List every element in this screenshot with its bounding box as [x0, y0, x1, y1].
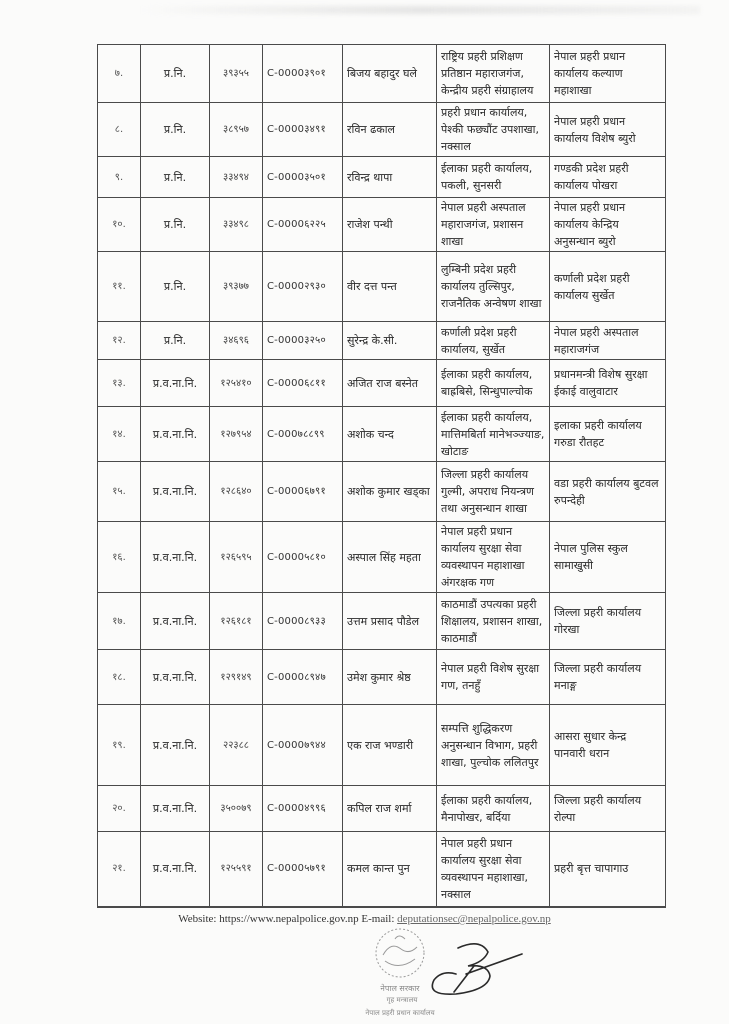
serial-cell: १७. [98, 593, 141, 650]
new-office-cell: गण्डकी प्रदेश प्रहरी कार्यालय पोखरा [550, 157, 666, 198]
table-row: १६.प्र.व.ना.नि.१२६५९५C-0000५८१०अस्पाल सि… [98, 522, 666, 593]
current-office-cell: सम्पत्ति शुद्धिकरण अनुसन्धान विभाग, प्रह… [437, 705, 550, 786]
police-id-cell: ३५००७९ [210, 786, 263, 832]
svg-text:नेपाल प्रहरी प्रधान कार्यालय: नेपाल प्रहरी प्रधान कार्यालय [365, 1008, 435, 1017]
rank-cell: प्र.व.ना.नि. [141, 832, 210, 907]
name-cell: राजेश पन्थी [343, 198, 437, 252]
name-cell: एक राज भण्डारी [343, 705, 437, 786]
current-office-cell: ईलाका प्रहरी कार्यालय, मैनापोखर, बर्दिया [437, 786, 550, 832]
table-row: २०.प्र.व.ना.नि.३५००७९C-0000४९९६कपिल राज … [98, 786, 666, 832]
code-cell: C-0000५७९१ [263, 832, 343, 907]
table-row: २१.प्र.व.ना.नि.१२५५९१C-0000५७९१कमल कान्त… [98, 832, 666, 907]
rank-cell: प्र.व.ना.नि. [141, 360, 210, 407]
name-cell: उमेश कुमार श्रेष्ठ [343, 650, 437, 705]
svg-text:गृह मन्त्रालय: गृह मन्त्रालय [387, 996, 419, 1004]
rank-cell: प्र.व.ना.नि. [141, 786, 210, 832]
table-row: १५.प्र.व.ना.नि.१२८६४०C-0000६७९१अशोक कुमा… [98, 462, 666, 522]
table-row: १४.प्र.व.ना.नि.१२७९५४C-000७८८९९अशोक चन्द… [98, 407, 666, 462]
rank-cell: प्र.नि. [141, 45, 210, 103]
current-office-cell: ईलाका प्रहरी कार्यालय, पकली, सुनसरी [437, 157, 550, 198]
police-id-cell: ३९३५५ [210, 45, 263, 103]
new-office-cell: नेपाल प्रहरी प्रधान कार्यालय केन्द्रिय अ… [550, 198, 666, 252]
new-office-cell: जिल्ला प्रहरी कार्यालय गोरखा [550, 593, 666, 650]
name-cell: सुरेन्द्र के.सी. [343, 322, 437, 360]
current-office-cell: कर्णाली प्रदेश प्रहरी कार्यालय, सुर्खेत [437, 322, 550, 360]
name-cell: अजित राज बस्नेत [343, 360, 437, 407]
serial-cell: १८. [98, 650, 141, 705]
rank-cell: प्र.नि. [141, 322, 210, 360]
new-office-cell: नेपाल प्रहरी अस्पताल महाराजगंज [550, 322, 666, 360]
current-office-cell: काठमाडौं उपत्यका प्रहरी शिक्षालय, प्रशास… [437, 593, 550, 650]
serial-cell: १२. [98, 322, 141, 360]
code-cell: C-0000३५०१ [263, 157, 343, 198]
current-office-cell: नेपाल प्रहरी प्रधान कार्यालय सुरक्षा सेव… [437, 832, 550, 907]
code-cell: C-0000८९४७ [263, 650, 343, 705]
police-id-cell: ३८९५७ [210, 103, 263, 157]
current-office-cell: ईलाका प्रहरी कार्यालय, बाह्रबिसे, सिन्धु… [437, 360, 550, 407]
svg-text:नेपाल सरकार: नेपाल सरकार [380, 983, 420, 993]
rank-cell: प्र.व.ना.नि. [141, 522, 210, 593]
current-office-cell: नेपाल प्रहरी विशेष सुरक्षा गण, तनहुँ [437, 650, 550, 705]
code-cell: C-0000३४९१ [263, 103, 343, 157]
serial-cell: ७. [98, 45, 141, 103]
signature-icon [418, 940, 528, 1000]
police-id-cell: १२५५९१ [210, 832, 263, 907]
new-office-cell: नेपाल प्रहरी प्रधान कार्यालय विशेष ब्युर… [550, 103, 666, 157]
rank-cell: प्र.व.ना.नि. [141, 462, 210, 522]
new-office-cell: जिल्ला प्रहरी कार्यालय रोल्पा [550, 786, 666, 832]
email-link[interactable]: deputationsec@nepalpolice.gov.np [397, 913, 551, 925]
police-id-cell: ३४६९६ [210, 322, 263, 360]
transfer-roster-table: ७.प्र.नि.३९३५५C-0000३९०१बिजय बहादुर घलेर… [97, 44, 666, 908]
table-row: १२.प्र.नि.३४६९६C-0000३२५०सुरेन्द्र के.सी… [98, 322, 666, 360]
rank-cell: प्र.व.ना.नि. [141, 705, 210, 786]
serial-cell: १९. [98, 705, 141, 786]
new-office-cell: वडा प्रहरी कार्यालय बुटवल रुपन्देही [550, 462, 666, 522]
table-row: १९.प्र.व.ना.नि.२२३८८C-0000७९४४एक राज भण्… [98, 705, 666, 786]
current-office-cell: प्रहरी प्रधान कार्यालय, पेश्की फछ्यौंट उ… [437, 103, 550, 157]
police-id-cell: १२६५९५ [210, 522, 263, 593]
current-office-cell: ईलाका प्रहरी कार्यालय, मात्तिमबिर्ता मान… [437, 407, 550, 462]
new-office-cell: आसरा सुधार केन्द्र पानवारी धरान [550, 705, 666, 786]
serial-cell: ८. [98, 103, 141, 157]
table-row: ११.प्र.नि.३९३७७C-0000२९३०वीर दत्त पन्तलु… [98, 252, 666, 322]
table-row: १८.प्र.व.ना.नि.१२९१४९C-0000८९४७उमेश कुमा… [98, 650, 666, 705]
name-cell: वीर दत्त पन्त [343, 252, 437, 322]
table-row: ७.प्र.नि.३९३५५C-0000३९०१बिजय बहादुर घलेर… [98, 45, 666, 103]
code-cell: C-0000६८११ [263, 360, 343, 407]
new-office-cell: नेपाल प्रहरी प्रधान कार्यालय कल्याण महाश… [550, 45, 666, 103]
email-label: E-mail: [361, 913, 394, 925]
code-cell: C-000७८८९९ [263, 407, 343, 462]
code-cell: C-0000३२५० [263, 322, 343, 360]
current-office-cell: लुम्बिनी प्रदेश प्रहरी कार्यालय तुल्सिपु… [437, 252, 550, 322]
current-office-cell: नेपाल प्रहरी अस्पताल महाराजगंज, प्रशासन … [437, 198, 550, 252]
rank-cell: प्र.व.ना.नि. [141, 650, 210, 705]
police-id-cell: २२३८८ [210, 705, 263, 786]
police-id-cell: १२९१४९ [210, 650, 263, 705]
police-id-cell: १२७९५४ [210, 407, 263, 462]
code-cell: C-0000४९९६ [263, 786, 343, 832]
rank-cell: प्र.नि. [141, 103, 210, 157]
page-footer: Website: https://www.nepalpolice.gov.np … [0, 913, 729, 925]
website-text: Website: https://www.nepalpolice.gov.np [178, 913, 358, 925]
serial-cell: १४. [98, 407, 141, 462]
serial-cell: १०. [98, 198, 141, 252]
code-cell: C-0000३९०१ [263, 45, 343, 103]
name-cell: अस्पाल सिंह महता [343, 522, 437, 593]
police-id-cell: ३३४९८ [210, 198, 263, 252]
table-row: १०.प्र.नि.३३४९८C-0000६२२५राजेश पन्थीनेपा… [98, 198, 666, 252]
police-id-cell: १२८६४० [210, 462, 263, 522]
code-cell: C-0000८९३३ [263, 593, 343, 650]
name-cell: अशोक कुमार खड्का [343, 462, 437, 522]
name-cell: कमल कान्त पुन [343, 832, 437, 907]
table-row: १३.प्र.व.ना.नि.१२५४१०C-0000६८११अजित राज … [98, 360, 666, 407]
code-cell: C-0000२९३० [263, 252, 343, 322]
name-cell: अशोक चन्द [343, 407, 437, 462]
police-id-cell: १२६१८१ [210, 593, 263, 650]
new-office-cell: कर्णाली प्रदेश प्रहरी कार्यालय सुर्खेत [550, 252, 666, 322]
police-id-cell: ३९३७७ [210, 252, 263, 322]
rank-cell: प्र.व.ना.नि. [141, 407, 210, 462]
current-office-cell: राष्ट्रिय प्रहरी प्रशिक्षण प्रतिष्ठान मह… [437, 45, 550, 103]
police-id-cell: १२५४१० [210, 360, 263, 407]
table-row: ८.प्र.नि.३८९५७C-0000३४९१रविन ढकालप्रहरी … [98, 103, 666, 157]
serial-cell: २१. [98, 832, 141, 907]
table-row: १७.प्र.व.ना.नि.१२६१८१C-0000८९३३उत्तम प्र… [98, 593, 666, 650]
police-id-cell: ३३४९४ [210, 157, 263, 198]
name-cell: रविन ढकाल [343, 103, 437, 157]
serial-cell: १५. [98, 462, 141, 522]
code-cell: C-0000५८१० [263, 522, 343, 593]
code-cell: C-0000६२२५ [263, 198, 343, 252]
rank-cell: प्र.नि. [141, 252, 210, 322]
new-office-cell: प्रहरी बृत्त चापागाउ [550, 832, 666, 907]
rank-cell: प्र.नि. [141, 157, 210, 198]
new-office-cell: प्रधानमन्त्री विशेष सुरक्षा ईकाई वालुवाट… [550, 360, 666, 407]
new-office-cell: नेपाल पुलिस स्कुल सामाखुसी [550, 522, 666, 593]
current-office-cell: नेपाल प्रहरी प्रधान कार्यालय सुरक्षा सेव… [437, 522, 550, 593]
serial-cell: २०. [98, 786, 141, 832]
name-cell: उत्तम प्रसाद पौडेल [343, 593, 437, 650]
code-cell: C-0000६७९१ [263, 462, 343, 522]
code-cell: C-0000७९४४ [263, 705, 343, 786]
rank-cell: प्र.व.ना.नि. [141, 593, 210, 650]
serial-cell: १३. [98, 360, 141, 407]
current-office-cell: जिल्ला प्रहरी कार्यालय गुल्मी, अपराध निय… [437, 462, 550, 522]
table-row: ९.प्र.नि.३३४९४C-0000३५०१रविन्द्र थापाईला… [98, 157, 666, 198]
name-cell: बिजय बहादुर घले [343, 45, 437, 103]
new-office-cell: इलाका प्रहरी कार्यालय गरुडा रौतहट [550, 407, 666, 462]
serial-cell: ११. [98, 252, 141, 322]
rank-cell: प्र.नि. [141, 198, 210, 252]
faint-header-bleed [140, 6, 700, 14]
new-office-cell: जिल्ला प्रहरी कार्यालय मनाङ्ग [550, 650, 666, 705]
name-cell: रविन्द्र थापा [343, 157, 437, 198]
serial-cell: ९. [98, 157, 141, 198]
serial-cell: १६. [98, 522, 141, 593]
name-cell: कपिल राज शर्मा [343, 786, 437, 832]
